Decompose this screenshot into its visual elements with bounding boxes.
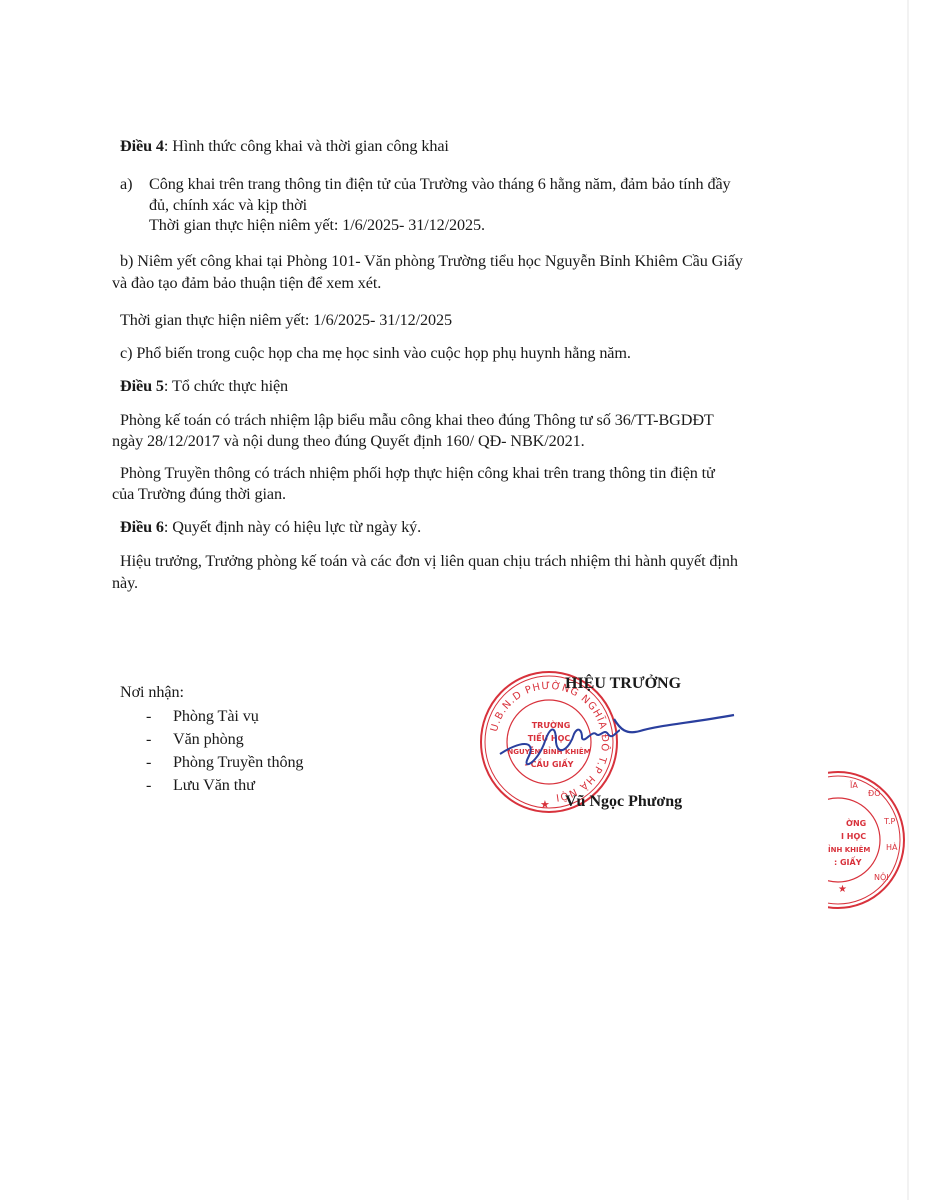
svg-text:TRƯỜNG: TRƯỜNG (532, 719, 571, 730)
article-5-para1-line2: ngày 28/12/2017 và nội dung theo đúng Qu… (112, 431, 585, 451)
article-5-heading: Điều 5: Tổ chức thực hiện (120, 376, 288, 396)
item-b-line2: và đào tạo đảm bảo thuận tiện để xem xét… (112, 273, 381, 293)
recipient-bullet: - (146, 729, 151, 749)
item-a-time: Thời gian thực hiện niêm yết: 1/6/2025- … (149, 215, 485, 235)
recipient-bullet: - (146, 775, 151, 795)
svg-text:ĐÔ: ĐÔ (868, 787, 881, 798)
svg-text:NGUYỄN BỈNH KHIÊM: NGUYỄN BỈNH KHIÊM (507, 746, 590, 756)
article-5-para1-line1: Phòng kế toán có trách nhiệm lập biểu mẫ… (120, 410, 714, 430)
item-a-label: a) (120, 174, 132, 194)
article-6-para-line1: Hiệu trưởng, Trưởng phòng kế toán và các… (120, 551, 738, 571)
article-5-para2-line2: của Trường đúng thời gian. (112, 484, 286, 504)
signature-stroke (610, 705, 740, 745)
svg-text:★: ★ (838, 884, 847, 895)
article-4-heading: Điều 4: Hình thức công khai và thời gian… (120, 136, 449, 156)
svg-text:ỈNH KHIÊM: ỈNH KHIÊM (828, 844, 870, 854)
recipient-item: Lưu Văn thư (173, 775, 255, 795)
item-c: c) Phổ biến trong cuộc họp cha mẹ học si… (120, 343, 631, 363)
recipient-bullet: - (146, 752, 151, 772)
svg-text:T.P: T.P (883, 817, 895, 826)
recipient-item: Phòng Truyền thông (173, 752, 303, 772)
article-6-heading: Điều 6: Quyết định này có hiệu lực từ ng… (120, 517, 421, 537)
article-5-para2-line1: Phòng Truyền thông có trách nhiệm phối h… (120, 463, 715, 483)
svg-text:ĨA: ĨA (849, 780, 858, 790)
item-a-line2: đủ, chính xác và kịp thời (149, 195, 307, 215)
item-a-line1: Công khai trên trang thông tin điện tử c… (149, 174, 731, 194)
signature-title: HIỆU TRƯỞNG (565, 675, 681, 693)
svg-text:NỘI: NỘI (874, 871, 889, 882)
svg-text:HÀ: HÀ (886, 841, 898, 852)
recipient-item: Văn phòng (173, 729, 244, 749)
item-b-time: Thời gian thực hiện niêm yết: 1/6/2025- … (120, 310, 452, 330)
recipient-bullet: - (146, 706, 151, 726)
article-6-para-line2: này. (112, 573, 138, 593)
recipients-label: Nơi nhận: (120, 682, 184, 702)
svg-text:I HỌC: I HỌC (841, 832, 866, 841)
signer-name: Vũ Ngọc Phương (565, 793, 682, 811)
svg-text:ỜNG: ỜNG (846, 817, 866, 828)
item-b-line1: b) Niêm yết công khai tại Phòng 101- Văn… (120, 251, 743, 271)
partial-stamp: ỜNG I HỌC ỈNH KHIÊM : GIẤY ĨA ĐÔ T.P HÀ … (828, 768, 908, 910)
recipient-item: Phòng Tài vụ (173, 706, 259, 726)
document-page: Điều 4: Hình thức công khai và thời gian… (0, 0, 927, 1200)
svg-text:★: ★ (540, 799, 550, 811)
svg-text:: GIẤY: : GIẤY (834, 855, 862, 867)
